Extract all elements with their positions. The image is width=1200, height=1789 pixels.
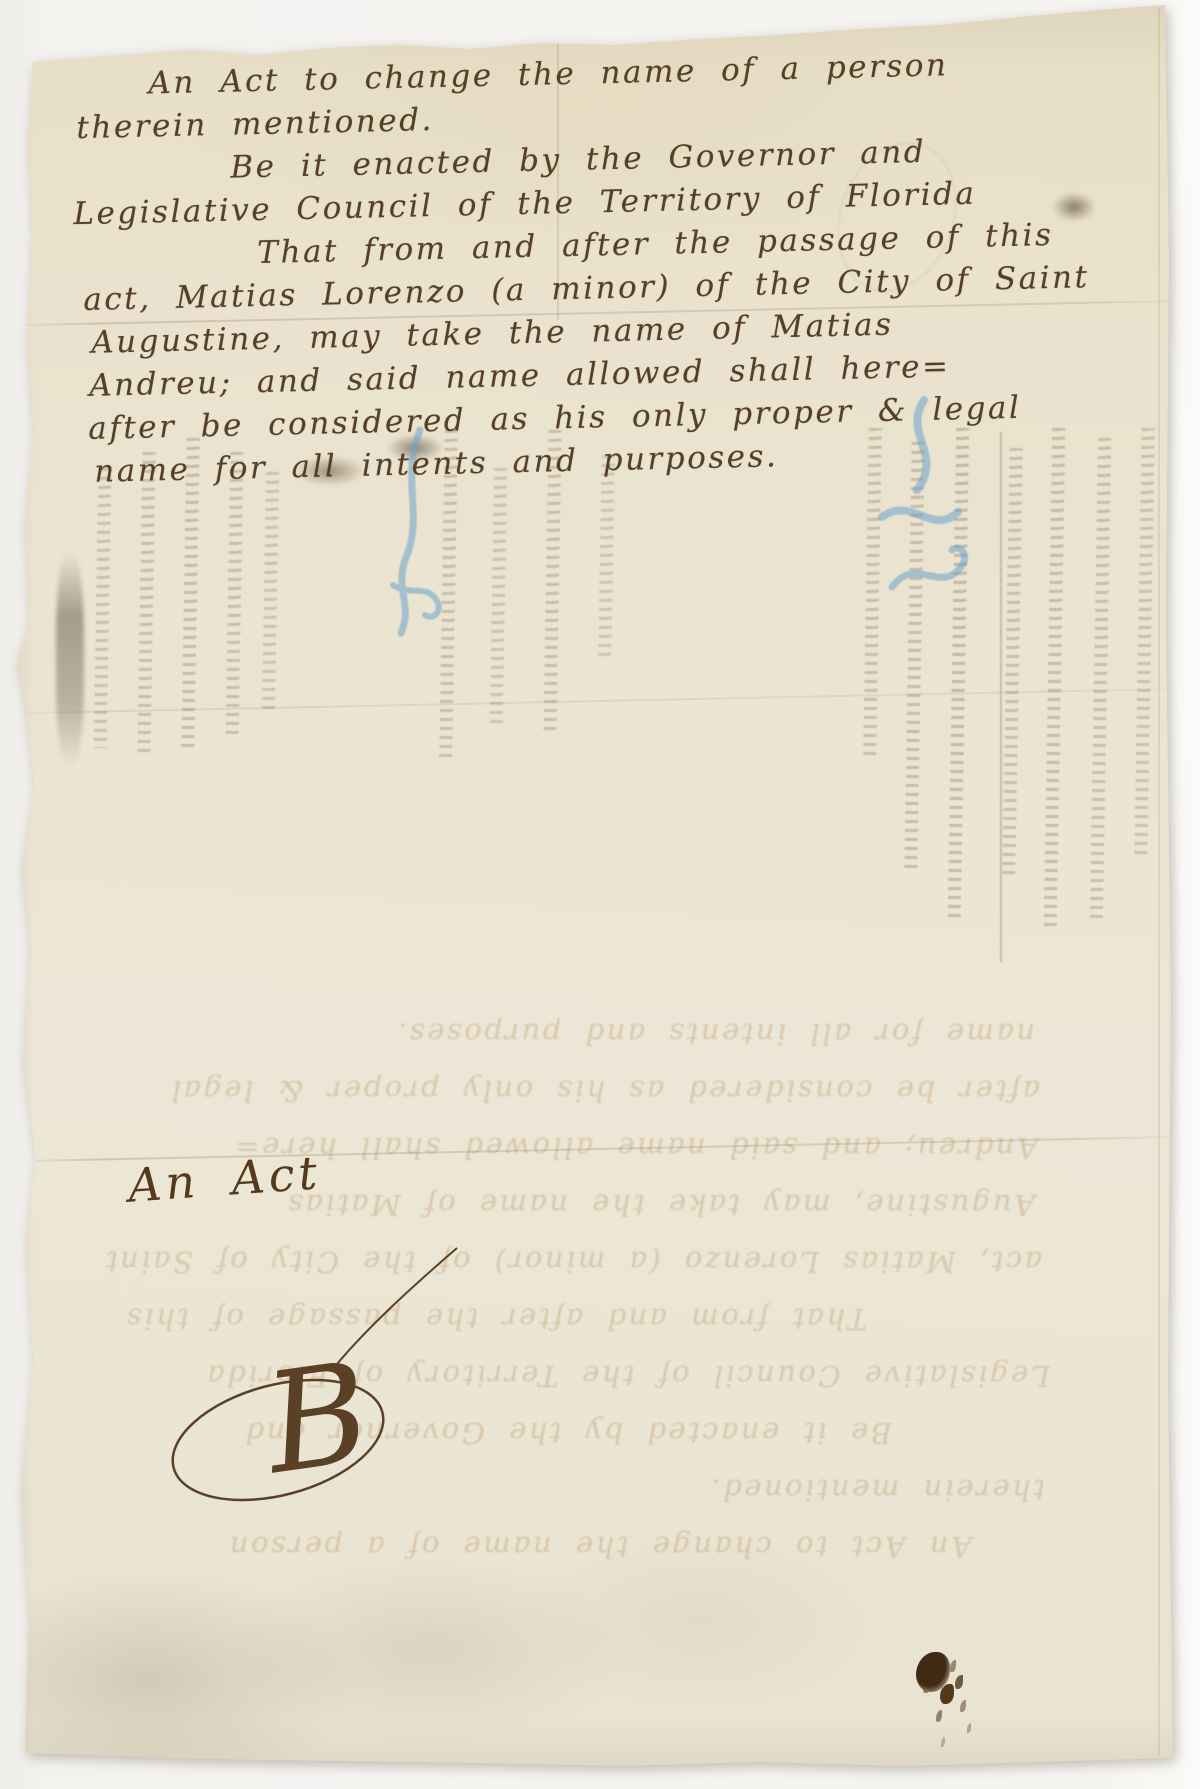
bleed-column	[226, 452, 244, 737]
fold-crease	[1158, 8, 1160, 1756]
bleed-line: after be considered as his only proper &…	[70, 1062, 1040, 1119]
manuscript-paper: An Act to change the name of a person th…	[0, 0, 1200, 1789]
edge-stain	[56, 552, 84, 767]
scan-background: { "document": { "kind": "handwritten man…	[0, 0, 1200, 1789]
bleed-ruled-line	[1000, 432, 1002, 962]
manuscript-text: An Act to change the name of a person th…	[0, 40, 1139, 496]
bleed-column	[137, 452, 155, 752]
manuscript-paper-wrap: An Act to change the name of a person th…	[0, 0, 1200, 1789]
bleed-column	[1090, 438, 1111, 918]
bleed-column	[490, 468, 507, 723]
bleed-column	[262, 472, 279, 712]
docket-flourish: B	[155, 1238, 485, 1523]
bleed-column	[598, 455, 615, 660]
bleed-column	[94, 468, 112, 748]
bleed-column	[1002, 448, 1023, 878]
bleed-column	[1044, 428, 1066, 928]
bleed-column	[1134, 428, 1155, 858]
ink-blot	[916, 1652, 950, 1692]
bleed-line: name for all intents and purposes.	[70, 1005, 1035, 1062]
bleed-line: An Act to change the name of a person	[70, 1518, 972, 1575]
flourish-initial: B	[258, 1344, 378, 1495]
fold-crease	[0, 687, 1200, 714]
